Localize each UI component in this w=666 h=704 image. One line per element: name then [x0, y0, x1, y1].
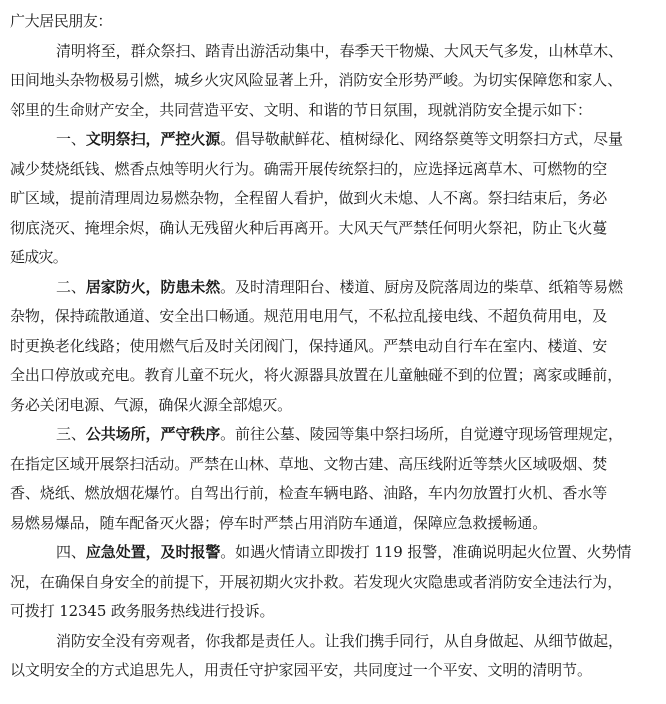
section-3: 三、公共场所，严守秩序。前往公墓、陵园等集中祭扫场所，自觉遵守现场管理规定， 在… — [10, 420, 660, 538]
section-number: 三、 — [56, 425, 86, 443]
section-text: 。前往公墓、陵园等集中祭扫场所，自觉遵守现场管理规定， — [220, 425, 623, 443]
section-text: 。如遇火情请立即拨打 119 报警，准确说明起火位置、火势情 — [220, 543, 631, 561]
greeting: 广大居民朋友： — [10, 7, 660, 37]
section-heading: 应急处置，及时报警 — [86, 543, 220, 561]
section-first-line: 二、居家防火，防患未然。及时清理阳台、楼道、厨房及院落周边的柴草、纸箱等易燃 — [10, 273, 660, 303]
fire-safety-notice: 广大居民朋友： 清明将至，群众祭扫、踏青出游活动集中，春季天干物燥、大风天气多发… — [10, 7, 660, 686]
section-heading: 居家防火，防患未然 — [86, 278, 220, 296]
intro-line: 田间地头杂物极易引燃，城乡火灾风险显著上升，消防安全形势严峻。为切实保障您和家人… — [10, 66, 660, 96]
section-line: 香、烧纸、燃放烟花爆竹。自驾出行前，检查车辆电路、油路，车内勿放置打火机、香水等 — [10, 479, 660, 509]
section-4: 四、应急处置，及时报警。如遇火情请立即拨打 119 报警，准确说明起火位置、火势… — [10, 538, 660, 627]
section-first-line: 三、公共场所，严守秩序。前往公墓、陵园等集中祭扫场所，自觉遵守现场管理规定， — [10, 420, 660, 450]
section-heading: 公共场所，严守秩序 — [86, 425, 220, 443]
section-first-line: 一、文明祭扫，严控火源。倡导敬献鲜花、植树绿化、网络祭奠等文明祭扫方式，尽量 — [10, 125, 660, 155]
closing-paragraph: 消防安全没有旁观者，你我都是责任人。让我们携手同行，从自身做起、从细节做起， 以… — [10, 627, 660, 686]
section-line: 旷区域，提前清理周边易燃杂物，全程留人看护，做到火未熄、人不离。祭扫结束后，务必 — [10, 184, 660, 214]
section-heading: 文明祭扫，严控火源 — [86, 130, 220, 148]
section-1: 一、文明祭扫，严控火源。倡导敬献鲜花、植树绿化、网络祭奠等文明祭扫方式，尽量 减… — [10, 125, 660, 273]
section-number: 二、 — [56, 278, 86, 296]
section-number: 一、 — [56, 130, 86, 148]
section-first-line: 四、应急处置，及时报警。如遇火情请立即拨打 119 报警，准确说明起火位置、火势… — [10, 538, 660, 568]
intro-paragraph: 清明将至，群众祭扫、踏青出游活动集中，春季天干物燥、大风天气多发，山林草木、 田… — [10, 37, 660, 126]
section-line: 延成灾。 — [10, 243, 660, 273]
section-line: 况，在确保自身安全的前提下，开展初期火灾扑救。若发现火灾隐患或者消防安全违法行为… — [10, 568, 660, 598]
section-line: 在指定区域开展祭扫活动。严禁在山林、草地、文物古建、高压线附近等禁火区域吸烟、焚 — [10, 450, 660, 480]
section-2: 二、居家防火，防患未然。及时清理阳台、楼道、厨房及院落周边的柴草、纸箱等易燃 杂… — [10, 273, 660, 421]
section-line: 可拨打 12345 政务服务热线进行投诉。 — [10, 597, 660, 627]
intro-line: 清明将至，群众祭扫、踏青出游活动集中，春季天干物燥、大风天气多发，山林草木、 — [10, 37, 660, 67]
section-text: 。及时清理阳台、楼道、厨房及院落周边的柴草、纸箱等易燃 — [220, 278, 623, 296]
section-line: 全出口停放或充电。教育儿童不玩火，将火源器具放置在儿童触碰不到的位置；离家或睡前… — [10, 361, 660, 391]
section-line: 杂物，保持疏散通道、安全出口畅通。规范用电用气，不私拉乱接电线、不超负荷用电，及 — [10, 302, 660, 332]
section-line: 务必关闭电源、气源，确保火源全部熄灭。 — [10, 391, 660, 421]
section-line: 减少焚烧纸钱、燃香点烛等明火行为。确需开展传统祭扫的，应选择远离草木、可燃物的空 — [10, 155, 660, 185]
closing-line: 消防安全没有旁观者，你我都是责任人。让我们携手同行，从自身做起、从细节做起， — [10, 627, 660, 657]
section-number: 四、 — [56, 543, 86, 561]
closing-line: 以文明安全的方式追思先人，用责任守护家园平安，共同度过一个平安、文明的清明节。 — [10, 656, 660, 686]
section-line: 彻底浇灭、掩埋余烬，确认无残留火种后再离开。大风天气严禁任何明火祭祀，防止飞火蔓 — [10, 214, 660, 244]
section-text: 。倡导敬献鲜花、植树绿化、网络祭奠等文明祭扫方式，尽量 — [220, 130, 623, 148]
section-line: 易燃易爆品，随车配备灭火器；停车时严禁占用消防车通道，保障应急救援畅通。 — [10, 509, 660, 539]
section-line: 时更换老化线路；使用燃气后及时关闭阀门，保持通风。严禁电动自行车在室内、楼道、安 — [10, 332, 660, 362]
intro-line: 邻里的生命财产安全，共同营造平安、文明、和谐的节日氛围，现就消防安全提示如下： — [10, 96, 660, 126]
